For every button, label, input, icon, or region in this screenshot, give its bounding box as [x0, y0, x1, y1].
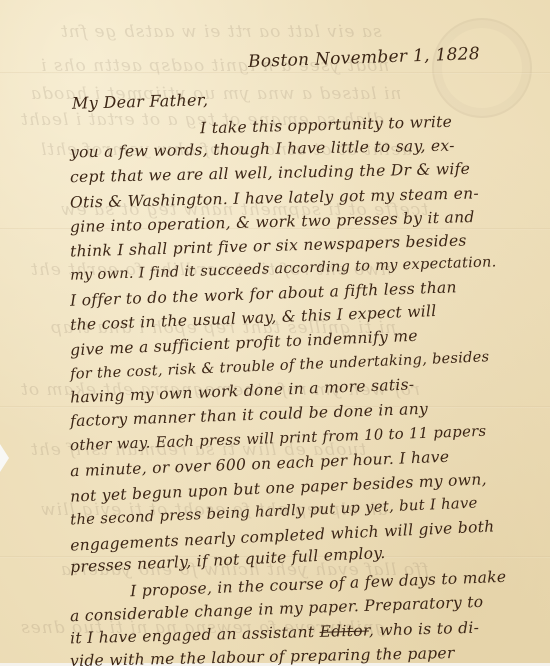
salutation: My Dear Father,	[72, 90, 209, 113]
letter-page: sa eiv latt oa rtt ei w aatsb ge fnt nod…	[0, 0, 550, 666]
letter-line: cept that we are all well, including the…	[70, 160, 470, 186]
letter-line: gine into operation, & work two presses …	[70, 208, 475, 236]
letter-line: I take this opportunity to write	[200, 113, 453, 138]
struck-word: Editor	[319, 621, 369, 640]
letter-line: vide with me the labour of preparing the…	[70, 644, 455, 666]
letter-line: Otis & Washington. I have lately got my …	[70, 184, 479, 211]
letter-line: you a few words, though I have little to…	[70, 137, 455, 162]
fold-line	[0, 72, 550, 74]
postmark-stamp	[432, 18, 532, 118]
torn-edge	[0, 444, 9, 472]
